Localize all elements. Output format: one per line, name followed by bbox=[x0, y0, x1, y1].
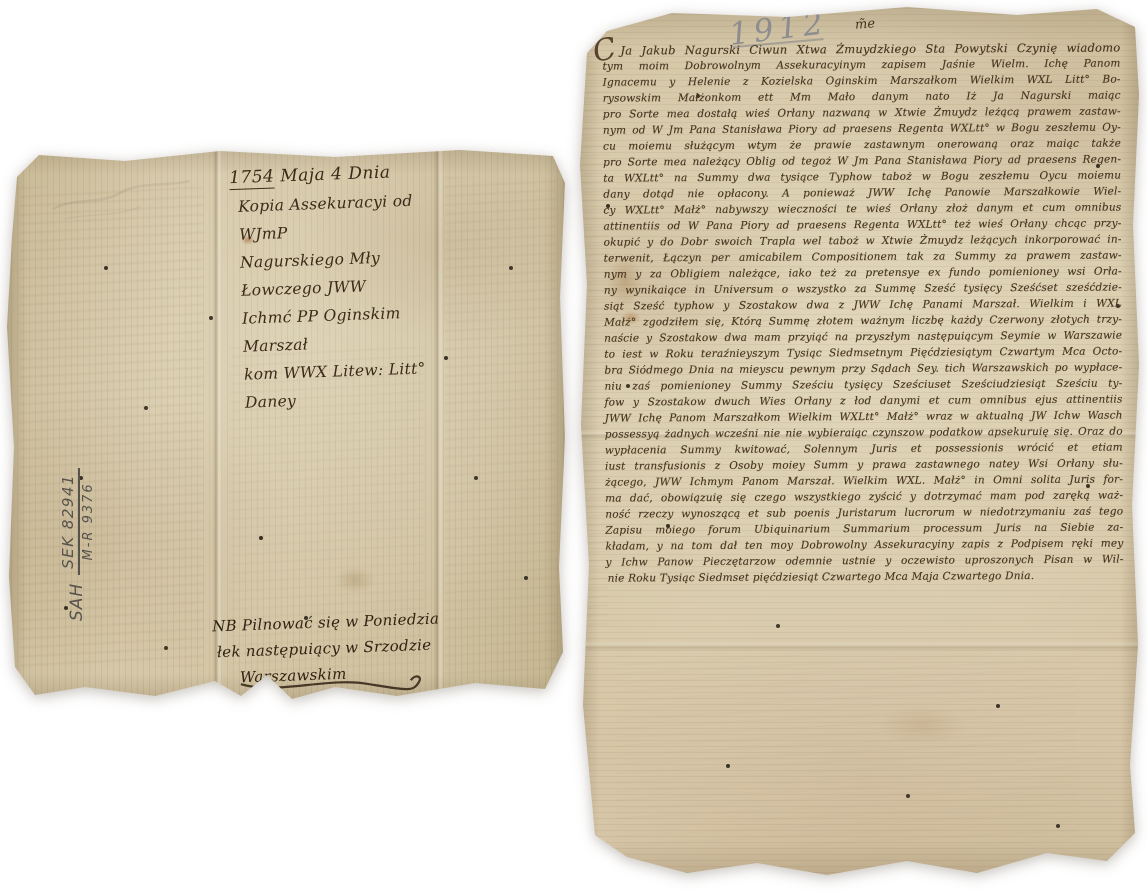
left-leaf-paper: SAH SEK 82941 M-R 9376 1754 Maja 4 Dnia … bbox=[5, 147, 567, 701]
docket-line: kom WWX Litew: Litt° Daney bbox=[236, 353, 470, 417]
manuscript-scan: SAH SEK 82941 M-R 9376 1754 Maja 4 Dnia … bbox=[0, 0, 1147, 896]
ink-bleedthrough bbox=[19, 187, 204, 667]
docket-year: 1754 bbox=[229, 167, 275, 191]
docket-line: Ichmć PP Oginskim Marszał bbox=[234, 297, 468, 361]
ink-bleedthrough bbox=[617, 655, 1077, 845]
right-leaf-paper: 1912 m̃e C Ja Jakub Nagurski Ciwun Xtwa … bbox=[577, 5, 1143, 885]
docket-lines: Kopia Assekuracyi od WJmPNagurskiego Mły… bbox=[230, 185, 470, 417]
right-leaf-fold-crease-2 bbox=[577, 641, 1143, 651]
shelfmark-bottom-number: M-R 9376 bbox=[80, 468, 96, 575]
manuscript-line: y Ichw Panow Pieczętarzow odemnie ustnie… bbox=[605, 551, 1123, 570]
note-block: NB Pilnować się w Poniedziałek następuią… bbox=[212, 605, 465, 692]
fly-specks bbox=[577, 5, 579, 7]
archive-shelfmark: SAH SEK 82941 M-R 9376 bbox=[52, 443, 102, 621]
corner-ink-mark: m̃e bbox=[855, 16, 876, 32]
shelfmark-top-number: SEK 82941 bbox=[59, 468, 80, 575]
docket-line: Nagurskiego Mły Łowczego JWW bbox=[232, 241, 466, 305]
docket-date-rest: Maja 4 Dnia bbox=[274, 162, 391, 186]
paper-stain bbox=[335, 567, 375, 593]
docket-line: Kopia Assekuracyi od WJmP bbox=[230, 185, 464, 249]
manuscript-line: nie Roku Tysiąc Siedmset pięćdziesiąt Cz… bbox=[606, 567, 1124, 586]
shelfmark-prefix: SAH bbox=[67, 583, 87, 621]
right-leaf: 1912 m̃e C Ja Jakub Nagurski Ciwun Xtwa … bbox=[577, 5, 1143, 885]
fly-specks bbox=[5, 147, 7, 149]
manuscript-text-block: Ja Jakub Nagurski Ciwun Xtwa Żmuydzkiego… bbox=[602, 39, 1123, 586]
left-leaf: SAH SEK 82941 M-R 9376 1754 Maja 4 Dnia … bbox=[5, 147, 567, 701]
paper-stain bbox=[877, 705, 967, 745]
shelfmark-numbers: SEK 82941 M-R 9376 bbox=[59, 468, 96, 575]
faded-ink-offset bbox=[45, 167, 195, 227]
docket-block: 1754 Maja 4 Dnia Kopia Assekuracyi od WJ… bbox=[229, 155, 470, 417]
